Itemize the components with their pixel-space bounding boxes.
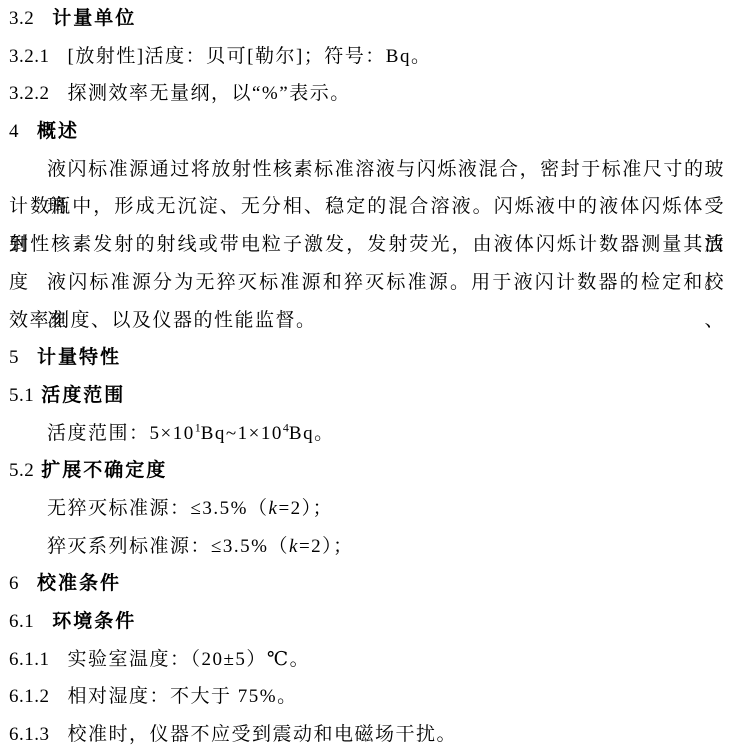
- heading-6-1-environmental-conditions: 6.1环境条件: [9, 603, 725, 641]
- heading-5-1-activity-range: 5.1活度范围: [9, 377, 725, 415]
- heading-6-calibration-conditions: 6校准条件: [9, 565, 725, 603]
- coverage-factor-k: k: [289, 536, 299, 557]
- uncertainty-text: 无猝灭标准源：≤3.5%（: [47, 498, 269, 519]
- clause-6-1-1: 6.1.1实验室温度：（20±5）℃。: [9, 641, 725, 679]
- clause-text: 实验室温度：（20±5）℃。: [68, 649, 311, 670]
- clause-number: 6.1.1: [9, 649, 50, 670]
- heading-number: 5.2: [9, 460, 34, 481]
- uncertainty-text: 猝灭系列标准源：≤3.5%（: [47, 536, 289, 557]
- formula-text: Bq。: [289, 423, 335, 444]
- heading-title: 活度范围: [41, 385, 125, 406]
- heading-number: 3.2: [9, 8, 34, 29]
- clause-text: 校准时，仪器不应受到震动和电磁场干扰。: [68, 724, 458, 745]
- clause-3-2-2: 3.2.2探测效率无量纲，以“%”表示。: [9, 75, 725, 113]
- uncertainty-text: =2）；: [278, 498, 333, 519]
- heading-number: 5: [9, 347, 19, 368]
- clause-6-1-2: 6.1.2相对湿度：不大于 75%。: [9, 678, 725, 716]
- clause-number: 6.1.2: [9, 686, 50, 707]
- clause-number: 3.2.1: [9, 46, 50, 67]
- paragraph-line: 液闪标准源分为无猝灭标准源和猝灭标准源。用于液闪计数器的检定和校准、: [9, 264, 725, 302]
- formula-text: Bq~1×10: [201, 423, 283, 444]
- paragraph-line: 计数瓶中，形成无沉淀、无分相、稳定的混合溶液。闪烁液中的液体闪烁体受到放: [9, 188, 725, 226]
- heading-title: 环境条件: [52, 611, 136, 632]
- activity-range-line: 活度范围：5×101Bq~1×104Bq。: [9, 415, 725, 453]
- clause-text: 探测效率无量纲，以“%”表示。: [68, 83, 351, 104]
- paragraph-line: 液闪标准源通过将放射性核素标准溶液与闪烁液混合，密封于标准尺寸的玻璃: [9, 151, 725, 189]
- heading-title: 计量特性: [37, 347, 121, 368]
- document-page: 3.2计量单位 3.2.1[放射性]活度：贝可[勒尔]；符号：Bq。 3.2.2…: [0, 0, 735, 754]
- heading-title: 计量单位: [52, 8, 136, 29]
- heading-title: 扩展不确定度: [41, 460, 167, 481]
- clause-3-2-1: 3.2.1[放射性]活度：贝可[勒尔]；符号：Bq。: [9, 38, 725, 76]
- clause-6-1-3: 6.1.3校准时，仪器不应受到震动和电磁场干扰。: [9, 716, 725, 754]
- heading-number: 4: [9, 121, 19, 142]
- uncertainty-quenched-line: 猝灭系列标准源：≤3.5%（k=2）；: [9, 528, 725, 566]
- uncertainty-unquenched-line: 无猝灭标准源：≤3.5%（k=2）；: [9, 490, 725, 528]
- heading-title: 概述: [37, 121, 79, 142]
- heading-number: 6.1: [9, 611, 34, 632]
- heading-4-overview: 4概述: [9, 113, 725, 151]
- uncertainty-text: =2）；: [299, 536, 354, 557]
- clause-text: [放射性]活度：贝可[勒尔]；符号：Bq。: [68, 46, 432, 67]
- paragraph-line: 射性核素发射的射线或带电粒子激发，发射荧光，由液体闪烁计数器测量其活度。: [9, 226, 725, 264]
- coverage-factor-k: k: [269, 498, 279, 519]
- heading-5-metrological-characteristics: 5计量特性: [9, 339, 725, 377]
- heading-3-2-measurement-units: 3.2计量单位: [9, 0, 725, 38]
- heading-5-2-expanded-uncertainty: 5.2扩展不确定度: [9, 452, 725, 490]
- formula-text: 活度范围：5×10: [47, 423, 195, 444]
- heading-number: 6: [9, 573, 19, 594]
- clause-text: 相对湿度：不大于 75%。: [68, 686, 298, 707]
- clause-number: 6.1.3: [9, 724, 50, 745]
- heading-title: 校准条件: [37, 573, 121, 594]
- heading-number: 5.1: [9, 385, 34, 406]
- clause-number: 3.2.2: [9, 83, 50, 104]
